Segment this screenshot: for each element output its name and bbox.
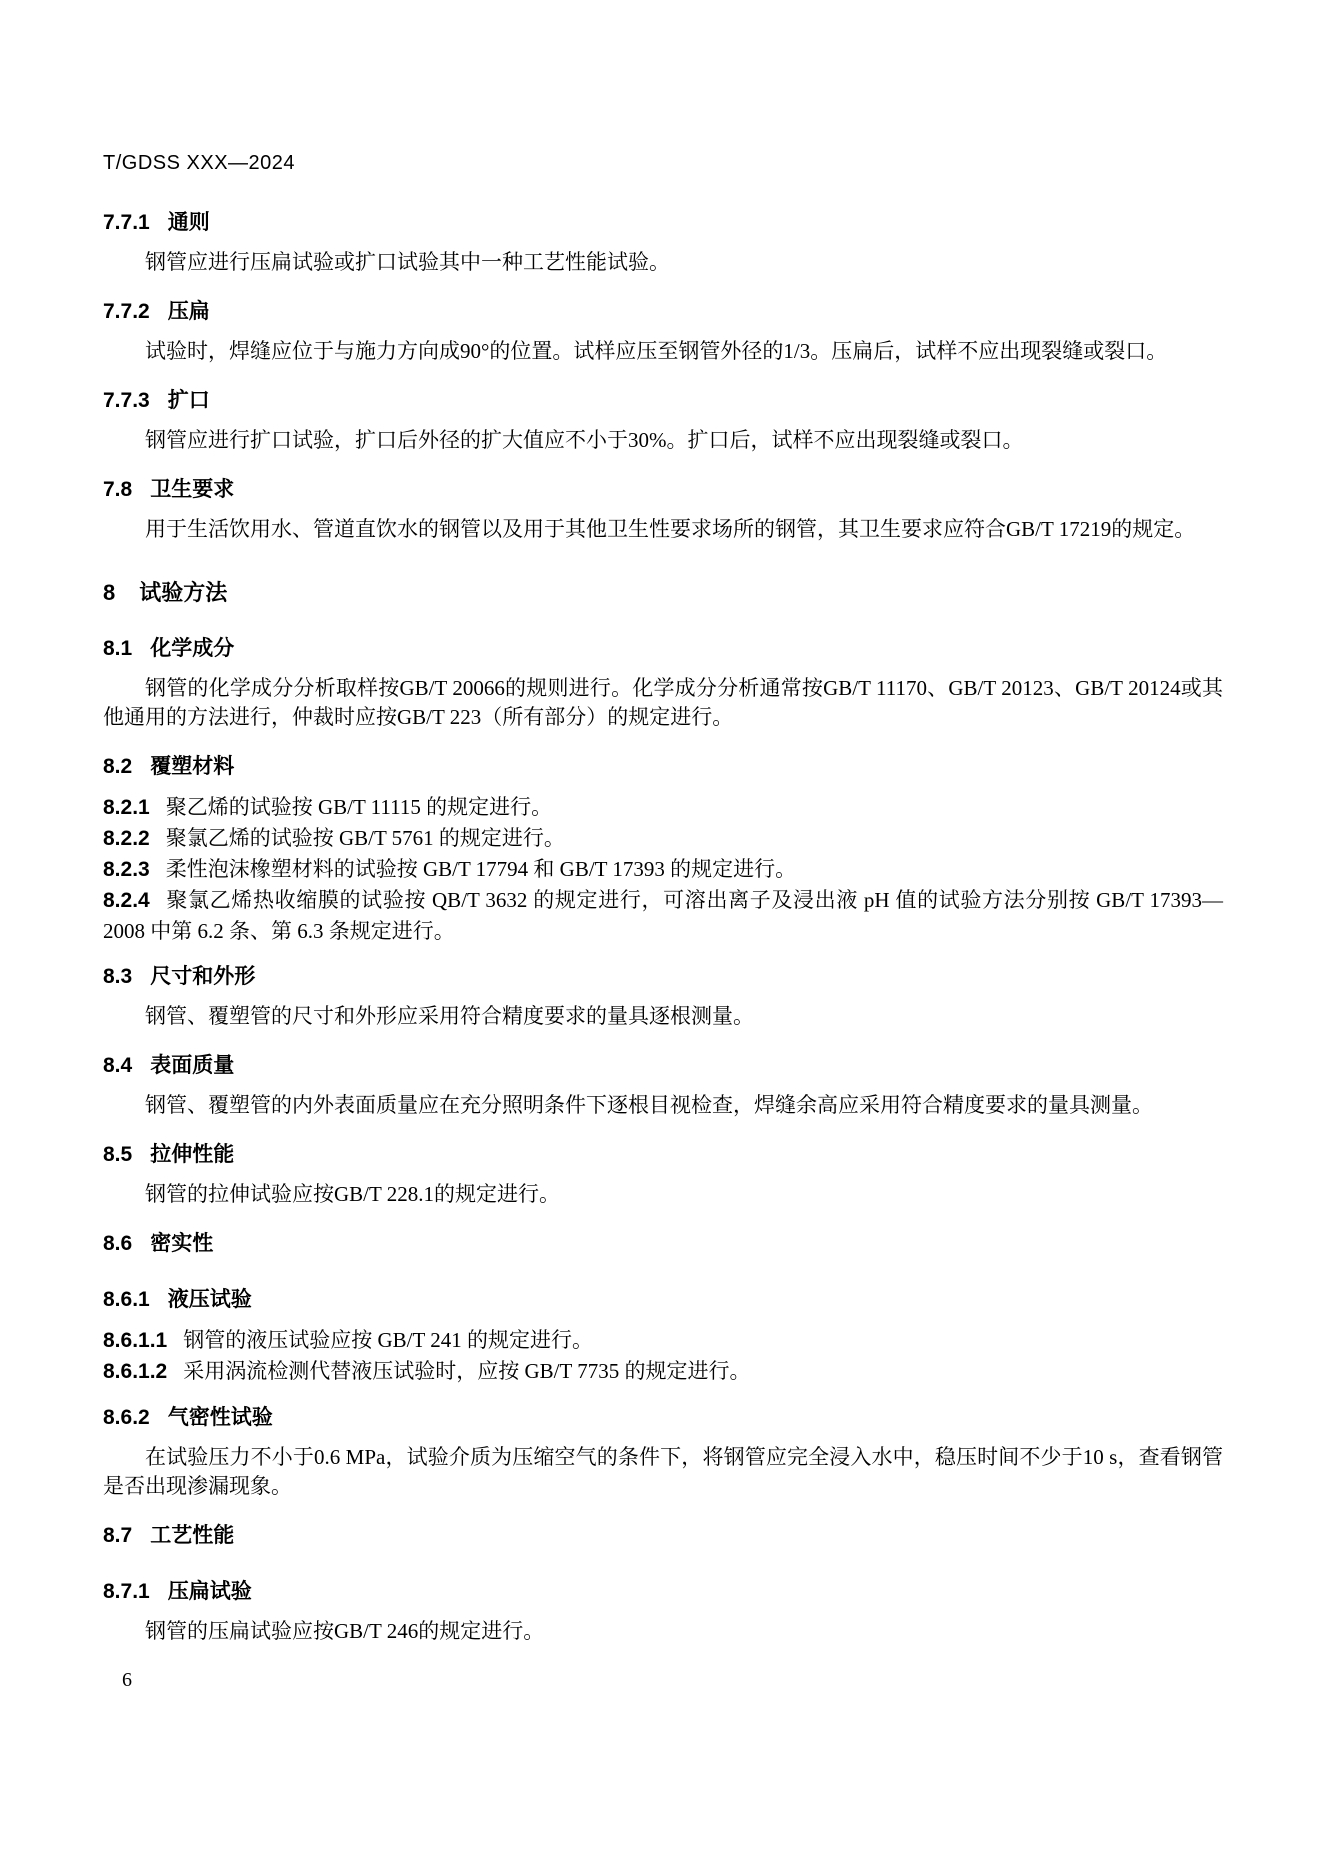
clause-8-6-1-1: 8.6.1.1钢管的液压试验应按 GB/T 241 的规定进行。	[103, 1325, 1223, 1356]
heading-7-7-3: 7.7.3扩口	[103, 386, 1223, 416]
heading-8: 8试验方法	[103, 578, 1223, 608]
paragraph-8-6-2: 在试验压力不小于0.6 MPa，试验介质为压缩空气的条件下，将钢管应完全浸入水中…	[103, 1443, 1223, 1501]
heading-8-3: 8.3尺寸和外形	[103, 962, 1223, 992]
heading-title: 工艺性能	[150, 1524, 234, 1547]
heading-title: 覆塑材料	[150, 755, 234, 778]
clause-text: 聚氯乙烯的试验按 GB/T 5761 的规定进行。	[166, 826, 565, 850]
heading-title: 表面质量	[150, 1054, 234, 1077]
heading-number: 7.8	[103, 475, 132, 505]
paragraph-7-7-3: 钢管应进行扩口试验，扩口后外径的扩大值应不小于30%。扩口后，试样不应出现裂缝或…	[103, 426, 1223, 455]
clause-text: 采用涡流检测代替液压试验时，应按 GB/T 7735 的规定进行。	[183, 1359, 750, 1383]
heading-number: 8.6	[103, 1229, 132, 1259]
heading-number: 8	[103, 578, 115, 608]
document-header: T/GDSS XXX—2024	[103, 148, 1223, 178]
heading-number: 8.7.1	[103, 1577, 150, 1607]
heading-8-6-1: 8.6.1液压试验	[103, 1285, 1223, 1315]
heading-8-5: 8.5拉伸性能	[103, 1140, 1223, 1170]
heading-title: 尺寸和外形	[150, 965, 255, 988]
clause-number: 8.6.1.2	[103, 1360, 167, 1383]
clause-8-2-1: 8.2.1聚乙烯的试验按 GB/T 11115 的规定进行。	[103, 792, 1223, 823]
heading-number: 7.7.1	[103, 208, 150, 238]
heading-title: 压扁	[168, 300, 210, 323]
heading-number: 7.7.2	[103, 297, 150, 327]
heading-title: 扩口	[168, 389, 210, 412]
heading-number: 8.4	[103, 1051, 132, 1081]
clause-text: 钢管的液压试验应按 GB/T 241 的规定进行。	[183, 1328, 593, 1352]
clause-number: 8.2.3	[103, 858, 150, 881]
clause-8-2-3: 8.2.3柔性泡沫橡塑材料的试验按 GB/T 17794 和 GB/T 1739…	[103, 854, 1223, 885]
heading-7-8: 7.8卫生要求	[103, 475, 1223, 505]
paragraph-8-3: 钢管、覆塑管的尺寸和外形应采用符合精度要求的量具逐根测量。	[103, 1002, 1223, 1031]
heading-8-2: 8.2覆塑材料	[103, 752, 1223, 782]
clause-8-2-4: 8.2.4聚氯乙烯热收缩膜的试验按 QB/T 3632 的规定进行，可溶出离子及…	[103, 885, 1223, 946]
heading-title: 密实性	[150, 1232, 213, 1255]
clause-number: 8.2.4	[103, 889, 150, 912]
heading-8-7-1: 8.7.1压扁试验	[103, 1577, 1223, 1607]
heading-7-7-1: 7.7.1通则	[103, 208, 1223, 238]
heading-number: 8.1	[103, 634, 132, 664]
paragraph-8-1: 钢管的化学成分分析取样按GB/T 20066的规则进行。化学成分分析通常按GB/…	[103, 674, 1223, 732]
paragraph-8-4: 钢管、覆塑管的内外表面质量应在充分照明条件下逐根目视检查，焊缝余高应采用符合精度…	[103, 1091, 1223, 1120]
heading-number: 8.6.1	[103, 1285, 150, 1315]
clause-number: 8.2.2	[103, 827, 150, 850]
heading-number: 8.7	[103, 1521, 132, 1551]
clause-number: 8.2.1	[103, 796, 150, 819]
heading-title: 化学成分	[150, 637, 234, 660]
heading-8-6-2: 8.6.2气密性试验	[103, 1403, 1223, 1433]
heading-title: 拉伸性能	[150, 1143, 234, 1166]
heading-8-1: 8.1化学成分	[103, 634, 1223, 664]
heading-number: 8.5	[103, 1140, 132, 1170]
page-number: 6	[103, 1666, 1223, 1694]
document-page: T/GDSS XXX—2024 7.7.1通则 钢管应进行压扁试验或扩口试验其中…	[0, 0, 1323, 1871]
paragraph-7-8: 用于生活饮用水、管道直饮水的钢管以及用于其他卫生性要求场所的钢管，其卫生要求应符…	[103, 515, 1223, 544]
heading-title: 压扁试验	[168, 1580, 252, 1603]
heading-8-4: 8.4表面质量	[103, 1051, 1223, 1081]
clause-8-6-1-2: 8.6.1.2采用涡流检测代替液压试验时，应按 GB/T 7735 的规定进行。	[103, 1356, 1223, 1387]
heading-title: 气密性试验	[168, 1406, 273, 1429]
heading-title: 卫生要求	[150, 478, 234, 501]
paragraph-7-7-2: 试验时，焊缝应位于与施力方向成90°的位置。试样应压至钢管外径的1/3。压扁后，…	[103, 337, 1223, 366]
clause-text: 聚氯乙烯热收缩膜的试验按 QB/T 3632 的规定进行，可溶出离子及浸出液 p…	[103, 888, 1223, 943]
paragraph-8-7-1: 钢管的压扁试验应按GB/T 246的规定进行。	[103, 1617, 1223, 1646]
heading-number: 8.6.2	[103, 1403, 150, 1433]
heading-7-7-2: 7.7.2压扁	[103, 297, 1223, 327]
heading-number: 8.2	[103, 752, 132, 782]
heading-title: 通则	[168, 211, 210, 234]
clause-text: 柔性泡沫橡塑材料的试验按 GB/T 17794 和 GB/T 17393 的规定…	[166, 857, 796, 881]
heading-8-6: 8.6密实性	[103, 1229, 1223, 1259]
heading-8-7: 8.7工艺性能	[103, 1521, 1223, 1551]
heading-number: 7.7.3	[103, 386, 150, 416]
paragraph-7-7-1: 钢管应进行压扁试验或扩口试验其中一种工艺性能试验。	[103, 248, 1223, 277]
heading-title: 试验方法	[139, 580, 227, 605]
heading-title: 液压试验	[168, 1288, 252, 1311]
clause-number: 8.6.1.1	[103, 1329, 167, 1352]
paragraph-8-5: 钢管的拉伸试验应按GB/T 228.1的规定进行。	[103, 1180, 1223, 1209]
clause-text: 聚乙烯的试验按 GB/T 11115 的规定进行。	[166, 795, 552, 819]
heading-number: 8.3	[103, 962, 132, 992]
clause-8-2-2: 8.2.2聚氯乙烯的试验按 GB/T 5761 的规定进行。	[103, 823, 1223, 854]
